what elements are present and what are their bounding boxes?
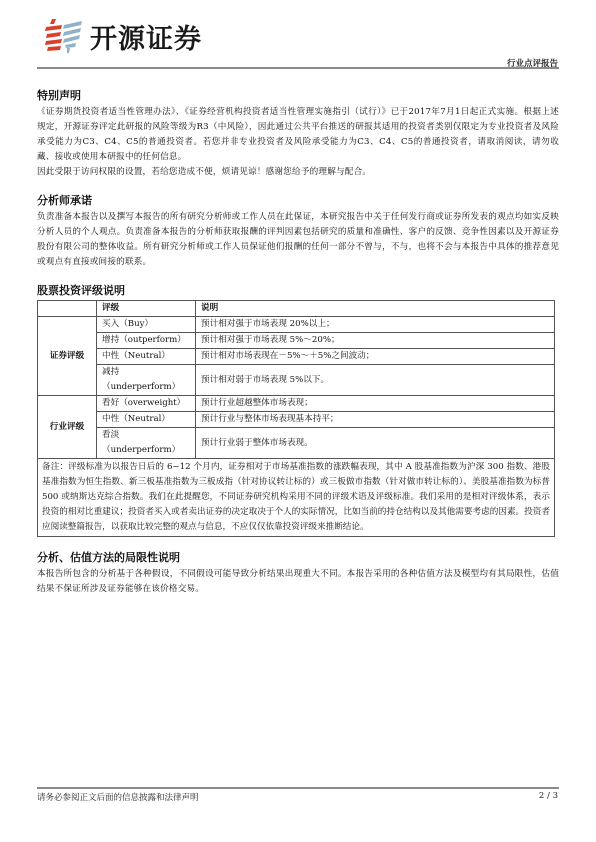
paragraph: 本报告所包含的分析基于各种假设，不同假设可能导致分析结果出现重大不同。本报告采用… [37, 567, 559, 597]
table-note-row: 备注：评级标准为以报告日后的 6~12 个月内，证券相对于市场基准指数的涨跌幅表… [38, 459, 555, 537]
description-cell: 预计相对强于市场表现 20%以上； [196, 317, 555, 333]
paragraph: 《证券期货投资者适当性管理办法》、《证券经营机构投资者适当性管理实施指引（试行）… [37, 105, 559, 165]
rating-table: 评级 说明 证券评级 买入（Buy） 预计相对强于市场表现 20%以上； 增持（… [37, 300, 555, 537]
table-row: 看淡（underperform） 预计行业弱于整体市场表现。 [38, 428, 555, 459]
header-divider [37, 67, 559, 69]
section-title: 分析师承诺 [37, 193, 559, 208]
rating-note: 备注：评级标准为以报告日后的 6~12 个月内，证券相对于市场基准指数的涨跌幅表… [38, 459, 555, 537]
rating-cell: 看淡（underperform） [97, 428, 196, 459]
rating-cell: 看好（overweight） [97, 396, 196, 412]
table-header-cell: 说明 [196, 301, 555, 317]
description-cell: 预计相对强于市场表现 5%～20%； [196, 333, 555, 349]
table-header-row: 评级 说明 [38, 301, 555, 317]
rating-cell: 中性（Neutral） [97, 349, 196, 365]
section-title: 分析、估值方法的局限性说明 [37, 550, 559, 565]
table-row: 减持（underperform） 预计相对弱于市场表现 5%以下。 [38, 365, 555, 396]
company-logo: 开源证券 [44, 18, 202, 54]
table-row: 增持（outperform） 预计相对强于市场表现 5%～20%； [38, 333, 555, 349]
section-analyst-commitment: 分析师承诺 负责准备本报告以及撰写本报告的所有研究分析师或工作人员在此保证，本研… [37, 193, 559, 270]
table-row: 证券评级 买入（Buy） 预计相对强于市场表现 20%以上； [38, 317, 555, 333]
table-header-cell: 评级 [97, 301, 196, 317]
main-content: 特别声明 《证券期货投资者适当性管理办法》、《证券经营机构投资者适当性管理实施指… [37, 88, 559, 610]
table-header-cell [38, 301, 97, 317]
table-row: 中性（Neutral） 预计行业与整体市场表现基本持平； [38, 412, 555, 428]
logo-text: 开源证券 [90, 17, 202, 56]
section-title: 股票投资评级说明 [37, 283, 559, 298]
table-row: 行业评级 看好（overweight） 预计行业超越整体市场表现； [38, 396, 555, 412]
group-label: 证券评级 [38, 317, 97, 396]
section-special-statement: 特别声明 《证券期货投资者适当性管理办法》、《证券经营机构投资者适当性管理实施指… [37, 88, 559, 180]
description-cell: 预计行业超越整体市场表现； [196, 396, 555, 412]
logo-mark-icon [44, 17, 84, 55]
section-title: 特别声明 [37, 88, 559, 103]
footer-divider [37, 787, 559, 789]
rating-cell: 中性（Neutral） [97, 412, 196, 428]
description-cell: 预计相对市场表现在－5%～＋5%之间波动； [196, 349, 555, 365]
paragraph: 因此受限于访问权限的设置，若给您造成不便，烦请见谅！感谢您给予的理解与配合。 [37, 165, 559, 180]
description-cell: 预计行业弱于整体市场表现。 [196, 428, 555, 459]
description-cell: 预计行业与整体市场表现基本持平； [196, 412, 555, 428]
section-limitations: 分析、估值方法的局限性说明 本报告所包含的分析基于各种假设，不同假设可能导致分析… [37, 550, 559, 597]
footer-disclaimer: 请务必参阅正文后面的信息披露和法律声明 [37, 791, 199, 803]
rating-cell: 减持（underperform） [97, 365, 196, 396]
rating-cell: 买入（Buy） [97, 317, 196, 333]
page-number: 2 / 3 [539, 791, 558, 801]
description-cell: 预计相对弱于市场表现 5%以下。 [196, 365, 555, 396]
section-rating-explanation: 股票投资评级说明 评级 说明 证券评级 买入（Buy） 预计相对强于市场表现 2… [37, 283, 559, 537]
paragraph: 负责准备本报告以及撰写本报告的所有研究分析师或工作人员在此保证，本研究报告中关于… [37, 210, 559, 270]
group-label: 行业评级 [38, 396, 97, 459]
rating-cell: 增持（outperform） [97, 333, 196, 349]
table-row: 中性（Neutral） 预计相对市场表现在－5%～＋5%之间波动； [38, 349, 555, 365]
